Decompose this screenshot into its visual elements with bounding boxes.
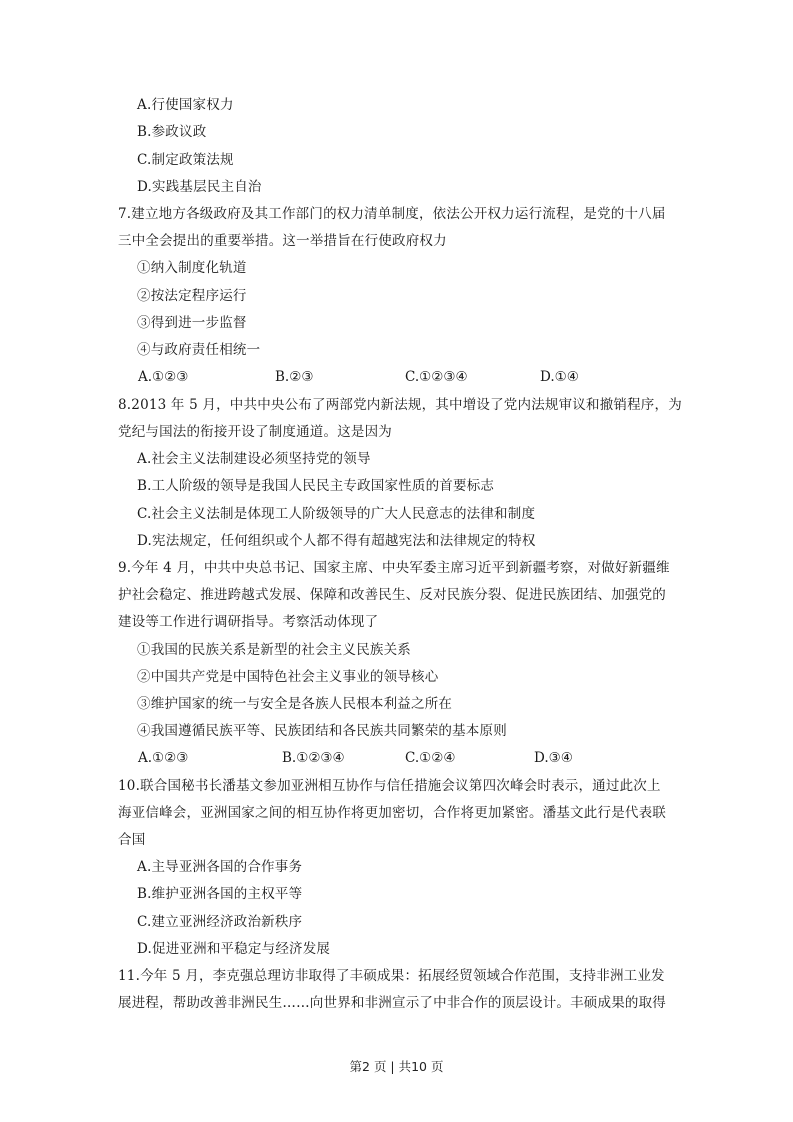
q6-option-d: D.实践基层民主自治 <box>137 178 262 196</box>
q7-item-4: ④与政府责任相统一 <box>137 341 260 359</box>
q10-stem-line2: 海亚信峰会，亚洲国家之间的相互协作将更加密切，合作将更加紧密。潘基文此行是代表联 <box>118 804 666 822</box>
q10-option-c: C.建立亚洲经济政治新秩序 <box>137 913 302 931</box>
q10-option-a: A.主导亚洲各国的合作事务 <box>137 858 302 876</box>
q6-option-a: A.行使国家权力 <box>137 96 234 114</box>
q9-item-1: ①我国的民族关系是新型的社会主义民族关系 <box>137 641 411 659</box>
q9-option-d: D.③④ <box>534 749 573 767</box>
q8-stem-line2: 党纪与国法的衔接开设了制度通道。这是因为 <box>118 423 392 441</box>
q10-option-b: B.维护亚洲各国的主权平等 <box>137 885 302 903</box>
q9-item-4: ④我国遵循民族平等、民族团结和各民族共同繁荣的基本原则 <box>137 722 507 740</box>
q10-stem-line3: 合国 <box>118 831 145 849</box>
q9-stem-line2: 护社会稳定、推进跨越式发展、保障和改善民生、反对民族分裂、促进民族团结、加强党的 <box>118 586 666 604</box>
q7-option-b: B.②③ <box>275 368 313 386</box>
q7-option-d: D.①④ <box>540 368 579 386</box>
q8-stem-line1: 8.2013 年 5 月，中共中央公布了两部党内新法规，其中增设了党内法规审议和… <box>118 396 682 414</box>
q9-stem-line3: 建设等工作进行调研指导。考察活动体现了 <box>118 613 378 631</box>
q8-option-b: B.工人阶级的领导是我国人民民主专政国家性质的首要标志 <box>137 477 494 495</box>
q9-option-a: A.①②③ <box>138 749 188 767</box>
q7-item-3: ③得到进一步监督 <box>137 314 247 332</box>
q8-option-c: C.社会主义法制是体现工人阶级领导的广大人民意志的法律和制度 <box>137 505 535 523</box>
q10-stem-line1: 10.联合国秘书长潘基文参加亚洲相互协作与信任措施会议第四次峰会时表示，通过此次… <box>118 777 661 795</box>
q9-item-3: ③维护国家的统一与安全是各族人民根本利益之所在 <box>137 695 452 713</box>
q9-options-row: A.①②③ B.①②③④ C.①②④ D.③④ <box>0 749 793 767</box>
document-page: A.行使国家权力 B.参政议政 C.制定政策法规 D.实践基层民主自治 7.建立… <box>0 0 793 1122</box>
q9-item-2: ②中国共产党是中国特色社会主义事业的领导核心 <box>137 668 438 686</box>
q9-stem-line1: 9.今年 4 月，中共中央总书记、国家主席、中央军委主席习近平到新疆考察，对做好… <box>118 559 670 577</box>
q7-option-a: A.①②③ <box>138 368 188 386</box>
q6-option-b: B.参政议政 <box>137 123 206 141</box>
q8-option-a: A.社会主义法制建设必须坚持党的领导 <box>137 450 371 468</box>
q8-option-d: D.宪法规定，任何组织或个人都不得有超越宪法和法律规定的特权 <box>137 532 536 550</box>
q7-option-c: C.①②③④ <box>405 368 468 386</box>
q11-stem-line2: 展进程，帮助改善非洲民生……向世界和非洲宣示了中非合作的顶层设计。丰硕成果的取得 <box>118 994 666 1012</box>
q9-option-b: B.①②③④ <box>282 749 345 767</box>
q7-stem-line2: 三中全会提出的重要举措。这一举措旨在行使政府权力 <box>118 232 447 250</box>
q7-options-row: A.①②③ B.②③ C.①②③④ D.①④ <box>0 368 793 386</box>
q11-stem-line1: 11.今年 5 月，李克强总理访非取得了丰硕成果：拓展经贸领域合作范围，支持非洲… <box>118 967 665 985</box>
q10-option-d: D.促进亚洲和平稳定与经济发展 <box>137 940 330 958</box>
page-footer: 第2 页 | 共10 页 <box>0 1057 793 1075</box>
q7-item-1: ①纳入制度化轨道 <box>137 259 247 277</box>
q7-stem-line1: 7.建立地方各级政府及其工作部门的权力清单制度，依法公开权力运行流程，是党的十八… <box>118 205 666 223</box>
q6-option-c: C.制定政策法规 <box>137 151 234 169</box>
q7-item-2: ②按法定程序运行 <box>137 287 247 305</box>
q9-option-c: C.①②④ <box>405 749 455 767</box>
